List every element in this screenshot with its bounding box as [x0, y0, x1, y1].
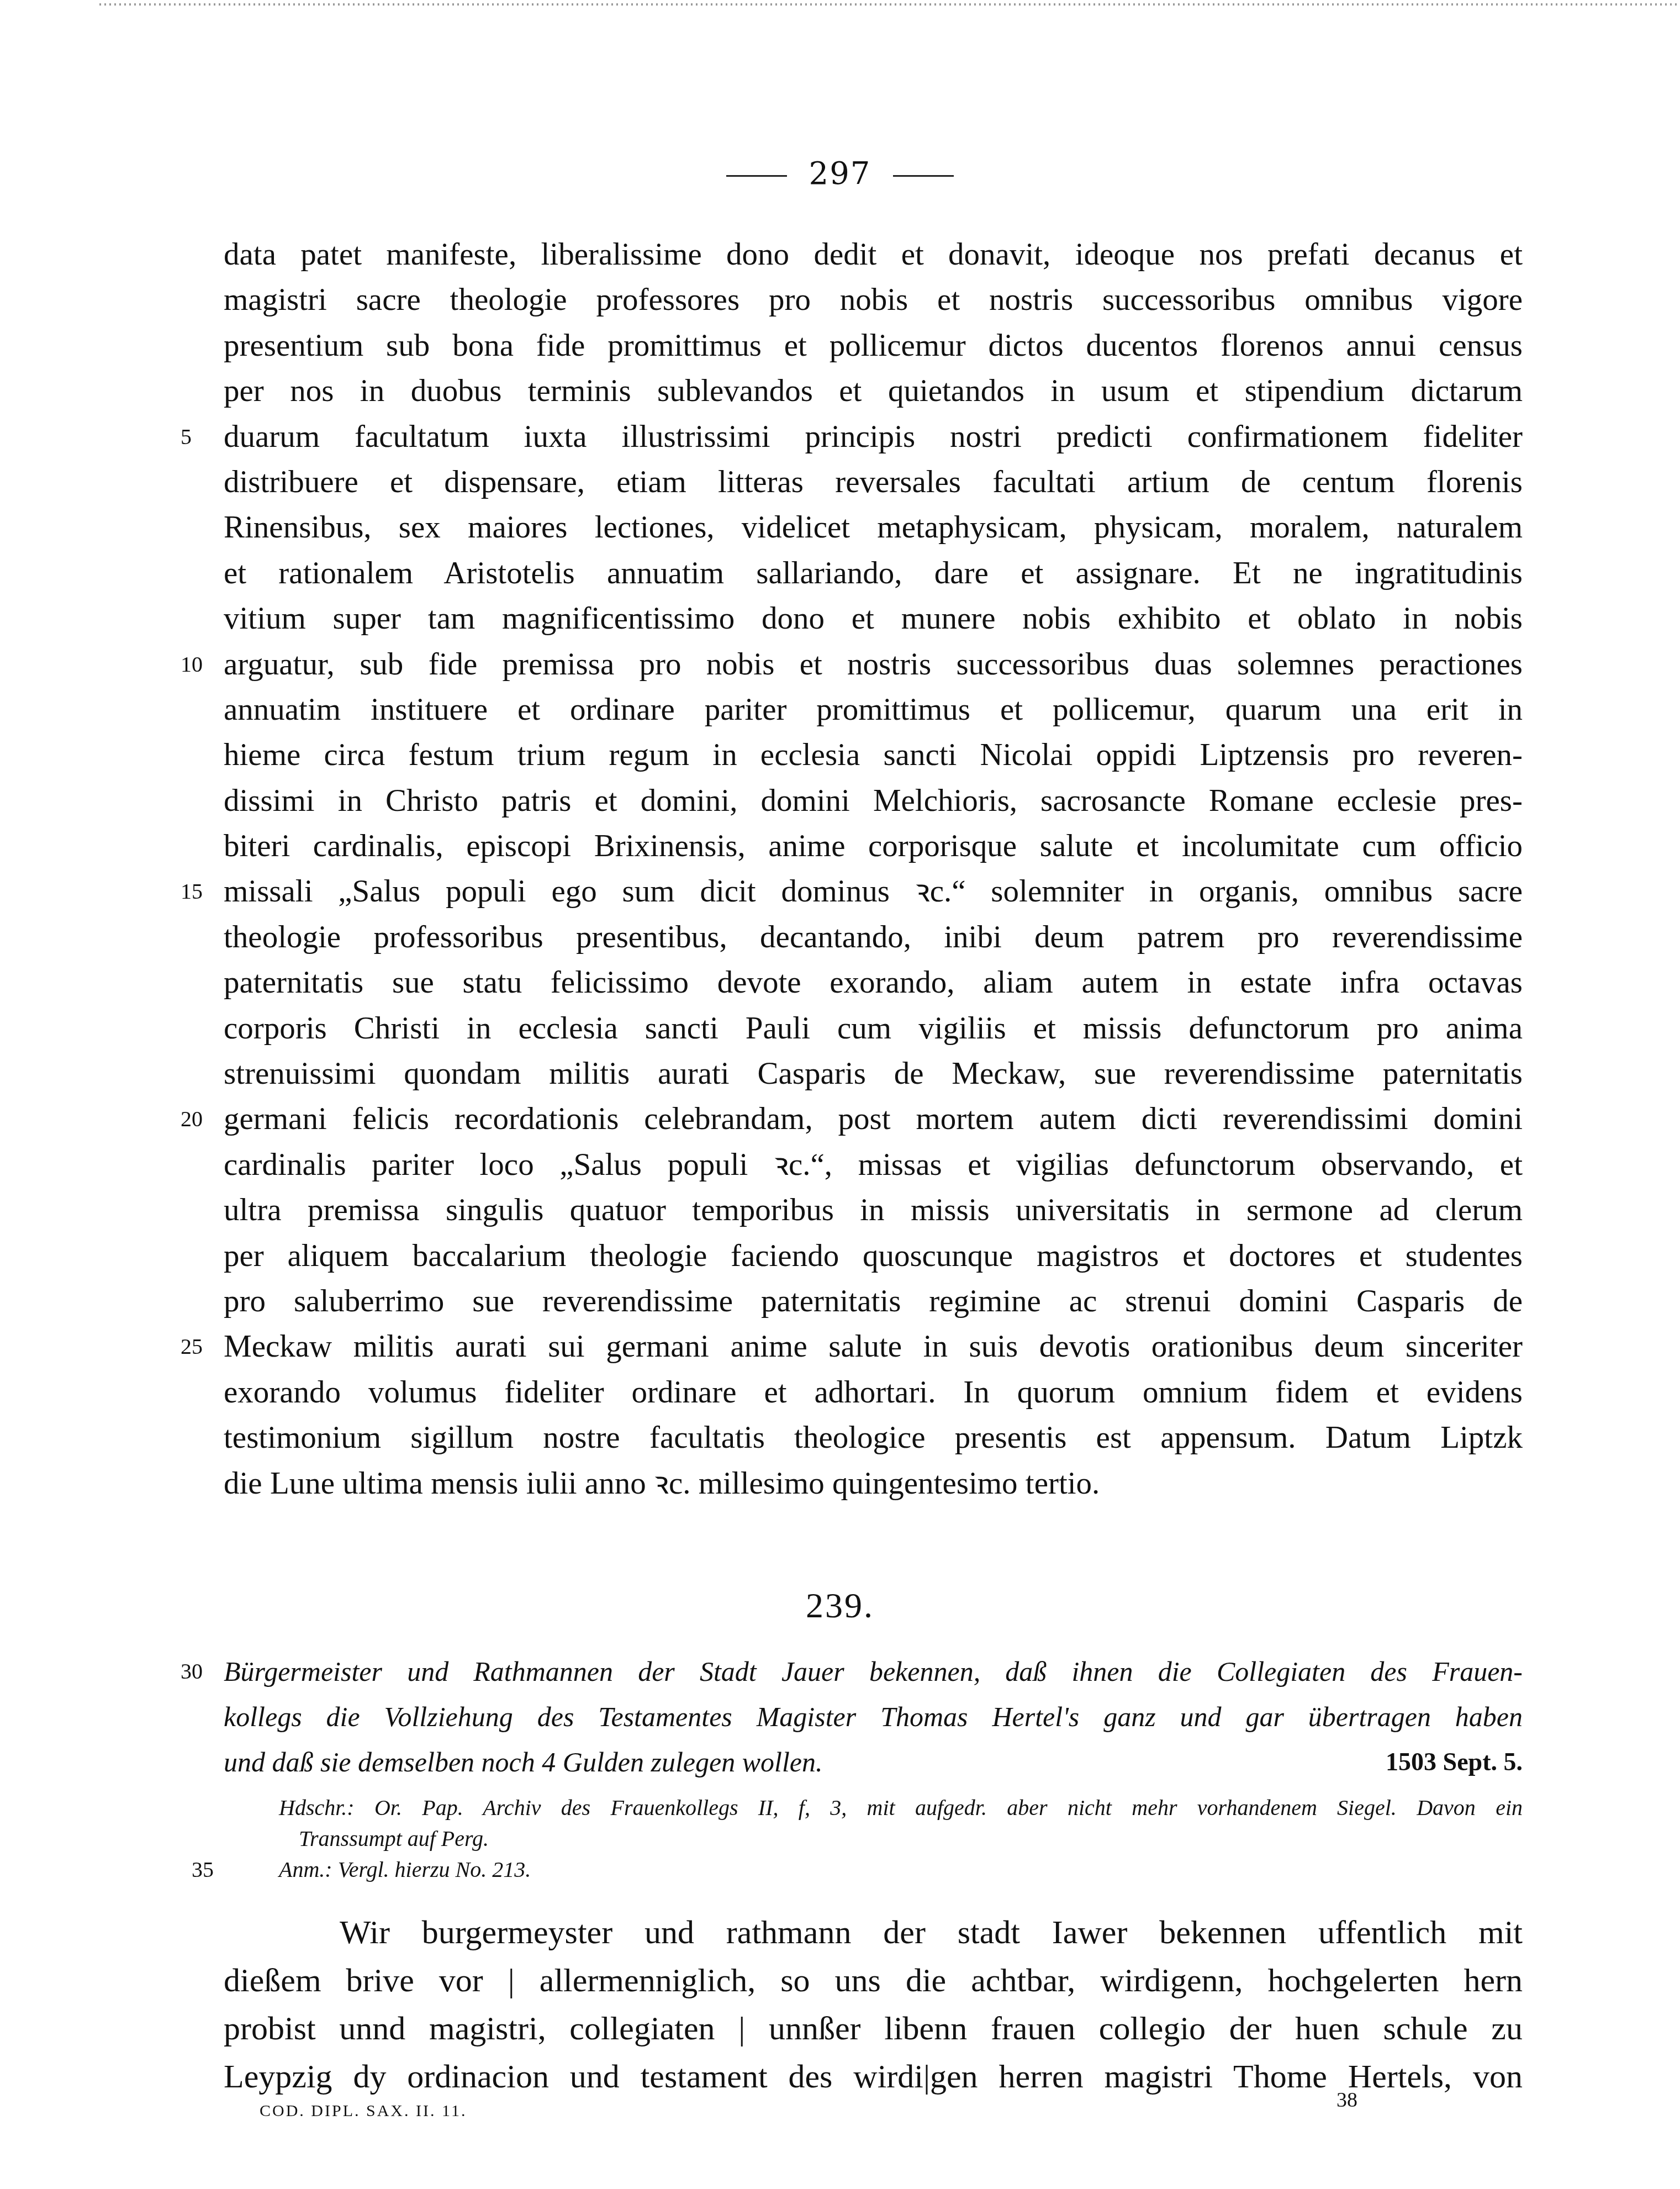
line-number: 15: [181, 869, 214, 914]
line-text: exorando volumus fideliter ordinare et a…: [224, 1375, 1523, 1410]
text-line: strenuissimi quondam militis aurati Casp…: [224, 1051, 1523, 1096]
continued-document-text: data patet manifeste, liberalissime dono…: [224, 232, 1523, 1506]
line-text: annuatim instituere et ordinare pariter …: [224, 692, 1523, 727]
page-number: 297: [809, 156, 871, 192]
document-notes: Hdschr.: Or. Pap. Archiv des Frauenkolle…: [279, 1792, 1523, 1885]
line-text: distribuere et dispensare, etiam littera…: [224, 465, 1523, 499]
line-text: ultra premissa singulis quatuor temporib…: [224, 1193, 1523, 1227]
line-text: duarum facultatum iuxta illustrissimi pr…: [224, 419, 1523, 454]
text-line: corporis Christi in ecclesia sancti Paul…: [224, 1006, 1523, 1051]
text-line: theologie professoribus presentibus, dec…: [224, 915, 1523, 960]
line-number: 5: [181, 414, 214, 460]
text-line: Wir burgermeyster und rathmann der stadt…: [224, 1908, 1523, 1956]
text-line: magistri sacre theologie professores pro…: [224, 277, 1523, 323]
line-number: 25: [181, 1324, 214, 1369]
text-line: 15missali „Salus populi ego sum dicit do…: [224, 869, 1523, 914]
text-line: paternitatis sue statu felicissimo devot…: [224, 960, 1523, 1005]
line-text: Rinensibus, sex maiores lectiones, videl…: [224, 510, 1523, 545]
text-line: et rationalem Aristotelis annuatim salla…: [224, 551, 1523, 596]
regest-line: und daß sie demselben noch 4 Gulden zule…: [224, 1739, 1523, 1785]
annotation-note: 35 Anm.: Vergl. hierzu No. 213.: [279, 1854, 1523, 1885]
line-text: corporis Christi in ecclesia sancti Paul…: [224, 1011, 1523, 1046]
manuscript-note-cont: Transsumpt auf Perg.: [279, 1823, 1523, 1854]
line-text: vitium super tam magnificentissimo dono …: [224, 601, 1523, 636]
sheet-number: 38: [1336, 2088, 1357, 2112]
line-text: testimonium sigillum nostre facultatis t…: [224, 1420, 1523, 1455]
line-text: strenuissimi quondam militis aurati Casp…: [224, 1056, 1523, 1091]
text-line: 10arguatur, sub fide premissa pro nobis …: [224, 642, 1523, 687]
text-line: ultra premissa singulis quatuor temporib…: [224, 1188, 1523, 1233]
regest-text: und daß sie demselben noch 4 Gulden zule…: [224, 1747, 823, 1777]
regest-text: Bürgermeister und Rathmannen der Stadt J…: [224, 1656, 1523, 1687]
regest-line: kollegs die Vollziehung des Testamentes …: [224, 1694, 1523, 1739]
text-line: 25Meckaw militis aurati sui germani anim…: [224, 1324, 1523, 1369]
line-text: biteri cardinalis, episcopi Brixinensis,…: [224, 829, 1523, 863]
line-text: missali „Salus populi ego sum dicit domi…: [224, 874, 1523, 909]
text-line: vitium super tam magnificentissimo dono …: [224, 596, 1523, 641]
sheet-signature: COD. DIPL. SAX. II. 11.: [260, 2102, 467, 2121]
text-line: per aliquem baccalarium theologie facien…: [224, 1233, 1523, 1279]
text-line: presentium sub bona fide promittimus et …: [224, 323, 1523, 368]
line-number: 35: [181, 1854, 214, 1885]
line-text: Meckaw militis aurati sui germani anime …: [224, 1329, 1523, 1364]
text-line: Rinensibus, sex maiores lectiones, videl…: [224, 505, 1523, 550]
line-text: paternitatis sue statu felicissimo devot…: [224, 965, 1523, 1000]
line-text: theologie professoribus presentibus, dec…: [224, 920, 1523, 954]
text-line: die Lune ultima mensis iulii anno ꝛc. mi…: [224, 1461, 1523, 1506]
line-number: 30: [181, 1649, 214, 1694]
line-number: 10: [181, 642, 214, 687]
line-text: germani felicis recordationis celebranda…: [224, 1101, 1523, 1136]
page-header: 297: [0, 156, 1680, 192]
header-dash-left: [726, 175, 787, 177]
line-text: per aliquem baccalarium theologie facien…: [224, 1238, 1523, 1273]
line-text: per nos in duobus terminis sublevandos e…: [224, 373, 1523, 408]
line-text: cardinalis pariter loco „Salus populi ꝛc…: [224, 1147, 1523, 1182]
regest-text: kollegs die Vollziehung des Testamentes …: [224, 1701, 1523, 1732]
text-line: 5duarum facultatum iuxta illustrissimi p…: [224, 414, 1523, 460]
text-line: cardinalis pariter loco „Salus populi ꝛc…: [224, 1142, 1523, 1188]
text-line: 20germani felicis recordationis celebran…: [224, 1096, 1523, 1142]
line-text: dissimi in Christo patris et domini, dom…: [224, 783, 1523, 818]
text-line: distribuere et dispensare, etiam littera…: [224, 460, 1523, 505]
line-text: hieme circa festum trium regum in eccles…: [224, 737, 1523, 772]
text-line: data patet manifeste, liberalissime dono…: [224, 232, 1523, 277]
document-regest: 30 Bürgermeister und Rathmannen der Stad…: [224, 1649, 1523, 1785]
line-text: pro saluberrimo sue reverendissime pater…: [224, 1284, 1523, 1318]
text-line: dießem brive vor | allermenniglich, so u…: [224, 1956, 1523, 2005]
manuscript-note: Hdschr.: Or. Pap. Archiv des Frauenkolle…: [279, 1792, 1523, 1823]
text-line: annuatim instituere et ordinare pariter …: [224, 687, 1523, 732]
line-number: 20: [181, 1096, 214, 1142]
line-text: presentium sub bona fide promittimus et …: [224, 328, 1523, 363]
text-line: pro saluberrimo sue reverendissime pater…: [224, 1279, 1523, 1324]
text-line: testimonium sigillum nostre facultatis t…: [224, 1415, 1523, 1460]
text-line: dissimi in Christo patris et domini, dom…: [224, 778, 1523, 824]
line-text: arguatur, sub fide premissa pro nobis et…: [224, 647, 1523, 682]
text-line: Leypzig dy ordinacion und testament des …: [224, 2053, 1523, 2101]
line-text: magistri sacre theologie professores pro…: [224, 282, 1523, 317]
line-text: die Lune ultima mensis iulii anno ꝛc. mi…: [224, 1466, 1100, 1501]
line-text: et rationalem Aristotelis annuatim salla…: [224, 556, 1523, 590]
document-date: 1503 Sept. 5.: [1386, 1739, 1523, 1785]
text-line: probist unnd magistri, collegiaten | unn…: [224, 2005, 1523, 2053]
regest-line: 30 Bürgermeister und Rathmannen der Stad…: [224, 1649, 1523, 1694]
scan-artifact-line: [99, 3, 1680, 6]
text-line: hieme circa festum trium regum in eccles…: [224, 732, 1523, 778]
header-dash-right: [893, 175, 954, 177]
annotation-text: Anm.: Vergl. hierzu No. 213.: [279, 1857, 531, 1882]
text-line: biteri cardinalis, episcopi Brixinensis,…: [224, 824, 1523, 869]
document-text: Wir burgermeyster und rathmann der stadt…: [224, 1908, 1523, 2101]
text-line: exorando volumus fideliter ordinare et a…: [224, 1370, 1523, 1415]
text-line: per nos in duobus terminis sublevandos e…: [224, 368, 1523, 414]
document-number: 239.: [0, 1585, 1680, 1626]
line-text: data patet manifeste, liberalissime dono…: [224, 237, 1523, 272]
